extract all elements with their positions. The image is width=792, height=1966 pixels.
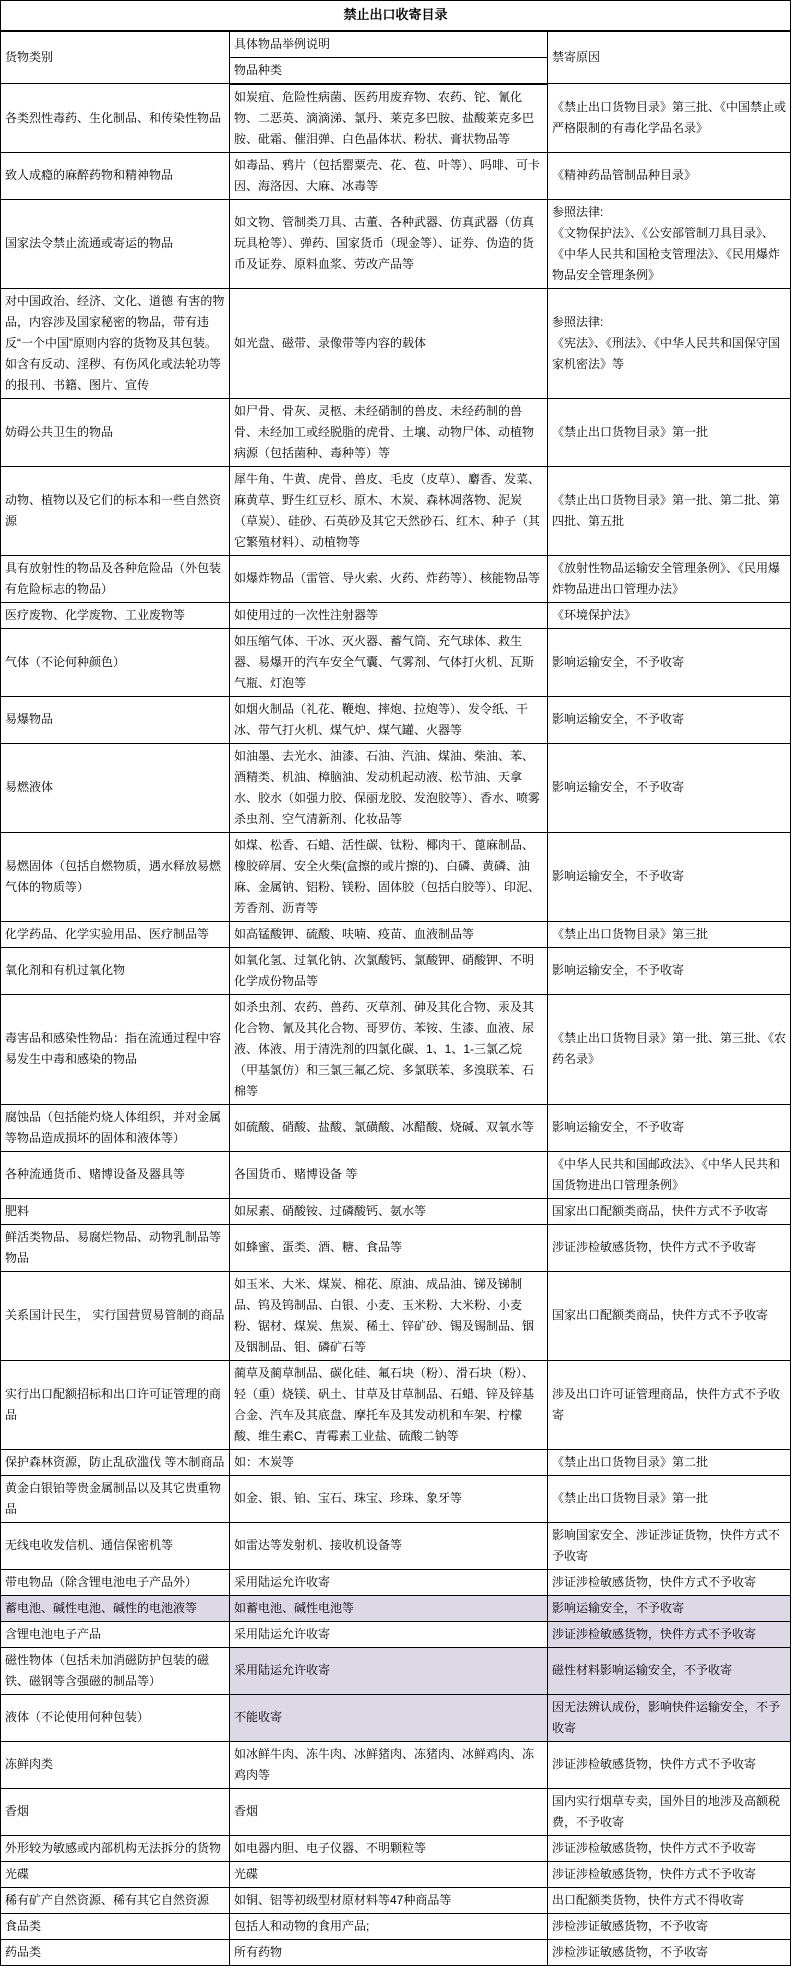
items-cell: 如铜、铝等初级型材原材料等47种商品等: [230, 1887, 548, 1913]
reason-cell: 影响运输安全，不予收寄: [548, 832, 791, 921]
table-row: 易燃固体（包括自燃物质，遇水释放易燃气体的物质等）如煤、松香、石蜡、活性碳、钛粉…: [1, 832, 791, 921]
reason-cell: 涉证涉检敏感货物，快件方式不予收寄: [548, 1621, 791, 1647]
table-title-row: 禁止出口收寄目录: [1, 1, 791, 31]
category-cell: 妨碍公共卫生的物品: [1, 398, 230, 466]
reason-cell: 影响运输安全，不予收寄: [548, 1595, 791, 1621]
reason-cell: 影响运输安全，不予收寄: [548, 1104, 791, 1151]
items-cell: 各国货币、赌博设备 等: [230, 1151, 548, 1198]
category-cell: 药品类: [1, 1939, 230, 1965]
items-cell: 如光盘、磁带、录像带等内容的载体: [230, 288, 548, 398]
table-row: 易爆物品如烟火制品（礼花、鞭炮、摔炮、拉炮等）、发令纸、干冰、带气打火机、煤气炉…: [1, 696, 791, 743]
items-cell: 光碟: [230, 1861, 548, 1887]
table-row: 实行出口配额招标和出口许可证管理的商品蔺草及蔺草制品、碳化硅、氟石块（粉）、滑石…: [1, 1360, 791, 1449]
category-cell: 关系国计民生， 实行国营贸易管制的商品: [1, 1271, 230, 1360]
category-cell: 蓄电池、碱性电池、碱性的电池液等: [1, 1595, 230, 1621]
reason-cell: 国内实行烟草专卖，国外目的地涉及高额税费，不予收寄: [548, 1788, 791, 1835]
items-cell: 如杀虫剂、农药、兽药、灭草剂、砷及其化合物、汞及其化合物、氰及其化合物、哥罗仿、…: [230, 994, 548, 1104]
reason-cell: 国家出口配额类商品，快件方式不予收寄: [548, 1198, 791, 1224]
column-header-items-group: 具体物品举例说明: [230, 31, 548, 58]
reason-cell: 《禁止出口货物目录》第一批、第二批、第四批、第五批: [548, 466, 791, 555]
reason-cell: 因无法辨认成份，影响快件运输安全，不予收寄: [548, 1694, 791, 1741]
category-cell: 黄金白银铂等贵金属制品以及其它贵重物品: [1, 1475, 230, 1522]
category-cell: 气体（不论何种颜色）: [1, 628, 230, 696]
page-title: 禁止出口收寄目录: [1, 1, 791, 31]
table-row: 动物、植物以及它们的标本和一些自然资源犀牛角、牛黄、虎骨、兽皮、毛皮（皮草）、麝…: [1, 466, 791, 555]
reason-cell: 涉检涉证敏感货物，不予收寄: [548, 1939, 791, 1965]
items-cell: 如尿素、硝酸铵、过磷酸钙、氨水等: [230, 1198, 548, 1224]
items-cell: 如煤、松香、石蜡、活性碳、钛粉、椰肉干、蓖麻制品、橡胶碎屑、安全火柴(盒擦的或片…: [230, 832, 548, 921]
reason-cell: 《禁止出口货物目录》第二批: [548, 1449, 791, 1475]
table-row: 稀有矿产自然资源、稀有其它自然资源如铜、铝等初级型材原材料等47种商品等出口配额…: [1, 1887, 791, 1913]
items-cell: 如玉米、大米、煤炭、棉花、原油、成品油、锑及锑制品、钨及钨制品、白银、小麦、玉米…: [230, 1271, 548, 1360]
reason-cell: 涉证涉检敏感货物，快件方式不予收寄: [548, 1741, 791, 1788]
reason-cell: 《放射性物品运输安全管理条例》、《民用爆炸物品进出口管理办法》: [548, 555, 791, 602]
items-cell: 如使用过的一次性注射器等: [230, 602, 548, 628]
items-cell: 不能收寄: [230, 1694, 548, 1741]
items-cell: 如爆炸物品（雷管、导火索、火药、炸药等）、核能物品等: [230, 555, 548, 602]
table-row: 液体（不论使用何种包装）不能收寄因无法辨认成份，影响快件运输安全，不予收寄: [1, 1694, 791, 1741]
reason-cell: 影响运输安全，不予收寄: [548, 628, 791, 696]
category-cell: 各类烈性毒药、生化制品、和传染性物品: [1, 84, 230, 153]
table-row: 易燃液体如油墨、去光水、油漆、石油、汽油、煤油、柴油、苯、酒精类、机油、樟脑油、…: [1, 743, 791, 832]
reason-cell: 出口配额类货物，快件方式不得收寄: [548, 1887, 791, 1913]
category-cell: 保护森林资源，防止乱砍滥伐 等木制商品: [1, 1449, 230, 1475]
category-cell: 磁性物体（包括未加消磁防护包装的磁铁、磁钢等含强磁的制品等）: [1, 1647, 230, 1694]
category-cell: 国家法令禁止流通或寄运的物品: [1, 199, 230, 288]
items-cell: 如油墨、去光水、油漆、石油、汽油、煤油、柴油、苯、酒精类、机油、樟脑油、发动机起…: [230, 743, 548, 832]
reason-cell: 《禁止出口货物目录》第一批: [548, 1475, 791, 1522]
category-cell: 易燃固体（包括自燃物质，遇水释放易燃气体的物质等）: [1, 832, 230, 921]
reason-cell: 《禁止出口货物目录》第一批: [548, 398, 791, 466]
category-cell: 鲜活类物品、易腐烂物品、动物乳制品等物品: [1, 1224, 230, 1271]
category-cell: 食品类: [1, 1913, 230, 1939]
table-row: 蓄电池、碱性电池、碱性的电池液等如蓄电池、碱性电池等影响运输安全，不予收寄: [1, 1595, 791, 1621]
table-body: 各类烈性毒药、生化制品、和传染性物品如炭疽、危险性病菌、医药用废弃物、农药、铊、…: [1, 84, 791, 1966]
items-cell: 如蓄电池、碱性电池等: [230, 1595, 548, 1621]
category-cell: 肥料: [1, 1198, 230, 1224]
column-header-items-sub: 物品种类: [230, 57, 548, 84]
document-page: 禁止出口收寄目录 货物类别 具体物品举例说明 禁寄原因 物品种类 各类烈性毒药、…: [0, 0, 792, 1966]
items-cell: 如冰鲜牛肉、冻牛肉、冰鲜猪肉、冻猪肉、冰鲜鸡肉、冻鸡肉等: [230, 1741, 548, 1788]
category-cell: 实行出口配额招标和出口许可证管理的商品: [1, 1360, 230, 1449]
reason-cell: 磁性材料影响运输安全，不予收寄: [548, 1647, 791, 1694]
category-cell: 各种流通货币、赌博设备及器具等: [1, 1151, 230, 1198]
items-cell: 如压缩气体、干冰、灭火器、蓄气筒、充气球体、救生器、易爆开的汽车安全气囊、气雾剂…: [230, 628, 548, 696]
column-header-reason: 禁寄原因: [548, 31, 791, 84]
category-cell: 含锂电池电子产品: [1, 1621, 230, 1647]
table-row: 光碟光碟涉证涉检敏感货物，快件方式不予收寄: [1, 1861, 791, 1887]
table-row: 妨碍公共卫生的物品如尸骨、骨灰、灵柩、未经硝制的兽皮、未经药制的兽骨、未经加工或…: [1, 398, 791, 466]
items-cell: 蔺草及蔺草制品、碳化硅、氟石块（粉）、滑石块（粉）、轻（重）烧镁、矾土、甘草及甘…: [230, 1360, 548, 1449]
category-cell: 稀有矿产自然资源、稀有其它自然资源: [1, 1887, 230, 1913]
table-row: 各种流通货币、赌博设备及器具等各国货币、赌博设备 等《中华人民共和国邮政法》、《…: [1, 1151, 791, 1198]
category-cell: 化学药品、化学实验用品、医疗制品等: [1, 921, 230, 947]
category-cell: 氧化剂和有机过氧化物: [1, 947, 230, 994]
table-row: 化学药品、化学实验用品、医疗制品等如高锰酸钾、硫酸、呋喃、疫苗、血液制品等《禁止…: [1, 921, 791, 947]
reason-cell: 影响运输安全，不予收寄: [548, 947, 791, 994]
items-cell: 如硫酸、硝酸、盐酸、氯磺酸、冰醋酸、烧碱、双氧水等: [230, 1104, 548, 1151]
table-row: 磁性物体（包括未加消磁防护包装的磁铁、磁钢等含强磁的制品等）采用陆运允许收寄磁性…: [1, 1647, 791, 1694]
table-row: 致人成瘾的麻醉药物和精神物品如毒品、鸦片（包括罂粟壳、花、苞、叶等）、吗啡、可卡…: [1, 152, 791, 199]
table-row: 各类烈性毒药、生化制品、和传染性物品如炭疽、危险性病菌、医药用废弃物、农药、铊、…: [1, 84, 791, 153]
items-cell: 如金、银、铂、宝石、珠宝、珍珠、象牙等: [230, 1475, 548, 1522]
items-cell: 如氧化氢、过氧化钠、次氯酸钙、氯酸钾、硝酸钾、不明化学成份物品等: [230, 947, 548, 994]
table-row: 腐蚀品（包括能灼烧人体组织，并对金属等物品造成损坏的固体和液体等）如硫酸、硝酸、…: [1, 1104, 791, 1151]
reason-cell: 参照法律: 《文物保护法》、《公安部管制刀具目录》、《中华人民共和国枪支管理法》…: [548, 199, 791, 288]
reason-cell: 《中华人民共和国邮政法》、《中华人民共和国货物进出口管理条例》: [548, 1151, 791, 1198]
category-cell: 易燃液体: [1, 743, 230, 832]
reason-cell: 《禁止出口货物目录》第三批: [548, 921, 791, 947]
table-row: 保护森林资源，防止乱砍滥伐 等木制商品如：木炭等《禁止出口货物目录》第二批: [1, 1449, 791, 1475]
table-row: 毒害品和感染性物品：指在流通过程中容易发生中毒和感染的物品如杀虫剂、农药、兽药、…: [1, 994, 791, 1104]
table-row: 黄金白银铂等贵金属制品以及其它贵重物品如金、银、铂、宝石、珠宝、珍珠、象牙等《禁…: [1, 1475, 791, 1522]
category-cell: 致人成瘾的麻醉药物和精神物品: [1, 152, 230, 199]
items-cell: 如毒品、鸦片（包括罂粟壳、花、苞、叶等）、吗啡、可卡因、海洛因、大麻、冰毒等: [230, 152, 548, 199]
items-cell: 如高锰酸钾、硫酸、呋喃、疫苗、血液制品等: [230, 921, 548, 947]
items-cell: 采用陆运允许收寄: [230, 1569, 548, 1595]
reason-cell: 涉证涉检敏感货物，快件方式不予收寄: [548, 1224, 791, 1271]
reason-cell: 涉证涉检敏感货物，快件方式不予收寄: [548, 1835, 791, 1861]
reason-cell: 《精神药品管制品种目录》: [548, 152, 791, 199]
items-cell: 采用陆运允许收寄: [230, 1647, 548, 1694]
reason-cell: 涉检涉证敏感货物，不予收寄: [548, 1913, 791, 1939]
category-cell: 医疗废物、化学废物、工业废物等: [1, 602, 230, 628]
table-row: 含锂电池电子产品采用陆运允许收寄涉证涉检敏感货物，快件方式不予收寄: [1, 1621, 791, 1647]
reason-cell: 涉及出口许可证管理商品，快件方式不予收寄: [548, 1360, 791, 1449]
category-cell: 液体（不论使用何种包装）: [1, 1694, 230, 1741]
table-row: 国家法令禁止流通或寄运的物品如文物、管制类刀具、古董、各种武器、仿真武器（仿真玩…: [1, 199, 791, 288]
category-cell: 光碟: [1, 1861, 230, 1887]
reason-cell: 涉证涉检敏感货物，快件方式不予收寄: [548, 1569, 791, 1595]
prohibited-export-table: 禁止出口收寄目录 货物类别 具体物品举例说明 禁寄原因 物品种类 各类烈性毒药、…: [0, 0, 791, 1966]
items-cell: 如烟火制品（礼花、鞭炮、摔炮、拉炮等）、发令纸、干冰、带气打火机、煤气炉、煤气罐…: [230, 696, 548, 743]
items-cell: 如蜂蜜、蛋类、酒、糖、食品等: [230, 1224, 548, 1271]
category-cell: 对中国政治、经济、文化、道德 有害的物品，内容涉及国家秘密的物品，带有违反“一个…: [1, 288, 230, 398]
table-row: 香烟香烟国内实行烟草专卖，国外目的地涉及高额税费，不予收寄: [1, 1788, 791, 1835]
items-cell: 如尸骨、骨灰、灵柩、未经硝制的兽皮、未经药制的兽骨、未经加工或经脱脂的虎骨、土壤…: [230, 398, 548, 466]
table-row: 气体（不论何种颜色）如压缩气体、干冰、灭火器、蓄气筒、充气球体、救生器、易爆开的…: [1, 628, 791, 696]
table-row: 冻鲜肉类如冰鲜牛肉、冻牛肉、冰鲜猪肉、冻猪肉、冰鲜鸡肉、冻鸡肉等涉证涉检敏感货物…: [1, 1741, 791, 1788]
table-row: 药品类所有药物涉检涉证敏感货物，不予收寄: [1, 1939, 791, 1965]
column-header-category: 货物类别: [1, 31, 230, 84]
reason-cell: 影响运输安全，不予收寄: [548, 696, 791, 743]
table-row: 无线电收发信机、通信保密机等如雷达等发射机、接收机设备等影响国家安全、涉证涉证货…: [1, 1522, 791, 1569]
items-cell: 如电器内胆、电子仪器、不明颗粒等: [230, 1835, 548, 1861]
category-cell: 带电物品（除含锂电池电子产品外）: [1, 1569, 230, 1595]
items-cell: 如文物、管制类刀具、古董、各种武器、仿真武器（仿真玩具枪等）、弹药、国家货币（现…: [230, 199, 548, 288]
reason-cell: 国家出口配额类商品，快件方式不予收寄: [548, 1271, 791, 1360]
table-row: 带电物品（除含锂电池电子产品外）采用陆运允许收寄涉证涉检敏感货物，快件方式不予收…: [1, 1569, 791, 1595]
items-cell: 犀牛角、牛黄、虎骨、兽皮、毛皮（皮草）、麝香、发菜、麻黄草、野生红豆杉、原木、木…: [230, 466, 548, 555]
table-row: 食品类包括人和动物的食用产品;涉检涉证敏感货物，不予收寄: [1, 1913, 791, 1939]
table-row: 具有放射性的物品及各种危险品（外包装有危险标志的物品）如爆炸物品（雷管、导火索、…: [1, 555, 791, 602]
reason-cell: 参照法律: 《宪法》、《刑法》、《中华人民共和国保守国家机密法》等: [548, 288, 791, 398]
reason-cell: 影响运输安全，不予收寄: [548, 743, 791, 832]
category-cell: 动物、植物以及它们的标本和一些自然资源: [1, 466, 230, 555]
items-cell: 如：木炭等: [230, 1449, 548, 1475]
table-row: 肥料如尿素、硝酸铵、过磷酸钙、氨水等国家出口配额类商品，快件方式不予收寄: [1, 1198, 791, 1224]
category-cell: 毒害品和感染性物品：指在流通过程中容易发生中毒和感染的物品: [1, 994, 230, 1104]
table-row: 鲜活类物品、易腐烂物品、动物乳制品等物品如蜂蜜、蛋类、酒、糖、食品等涉证涉检敏感…: [1, 1224, 791, 1271]
category-cell: 外形较为敏感或内部机构无法拆分的货物: [1, 1835, 230, 1861]
category-cell: 冻鲜肉类: [1, 1741, 230, 1788]
category-cell: 腐蚀品（包括能灼烧人体组织，并对金属等物品造成损坏的固体和液体等）: [1, 1104, 230, 1151]
items-cell: 香烟: [230, 1788, 548, 1835]
table-row: 外形较为敏感或内部机构无法拆分的货物如电器内胆、电子仪器、不明颗粒等涉证涉检敏感…: [1, 1835, 791, 1861]
table-row: 氧化剂和有机过氧化物如氧化氢、过氧化钠、次氯酸钙、氯酸钾、硝酸钾、不明化学成份物…: [1, 947, 791, 994]
reason-cell: 影响国家安全、涉证涉证货物，快件方式不予收寄: [548, 1522, 791, 1569]
items-cell: 所有药物: [230, 1939, 548, 1965]
category-cell: 香烟: [1, 1788, 230, 1835]
reason-cell: 《禁止出口货物目录》第三批、《中国禁止或严格限制的有毒化学品名录》: [548, 84, 791, 153]
table-row: 关系国计民生， 实行国营贸易管制的商品如玉米、大米、煤炭、棉花、原油、成品油、锑…: [1, 1271, 791, 1360]
reason-cell: 《禁止出口货物目录》第一批、第三批、《农药名录》: [548, 994, 791, 1104]
items-cell: 如炭疽、危险性病菌、医药用废弃物、农药、铊、氰化物、二恶英、滴滴涕、氯丹、莱克多…: [230, 84, 548, 153]
table-row: 医疗废物、化学废物、工业废物等如使用过的一次性注射器等《环境保护法》: [1, 602, 791, 628]
reason-cell: 涉证涉检敏感货物，快件方式不予收寄: [548, 1861, 791, 1887]
reason-cell: 《环境保护法》: [548, 602, 791, 628]
category-cell: 易爆物品: [1, 696, 230, 743]
table-row: 对中国政治、经济、文化、道德 有害的物品，内容涉及国家秘密的物品，带有违反“一个…: [1, 288, 791, 398]
items-cell: 如雷达等发射机、接收机设备等: [230, 1522, 548, 1569]
category-cell: 无线电收发信机、通信保密机等: [1, 1522, 230, 1569]
header-row-1: 货物类别 具体物品举例说明 禁寄原因: [1, 31, 791, 58]
category-cell: 具有放射性的物品及各种危险品（外包装有危险标志的物品）: [1, 555, 230, 602]
items-cell: 采用陆运允许收寄: [230, 1621, 548, 1647]
items-cell: 包括人和动物的食用产品;: [230, 1913, 548, 1939]
